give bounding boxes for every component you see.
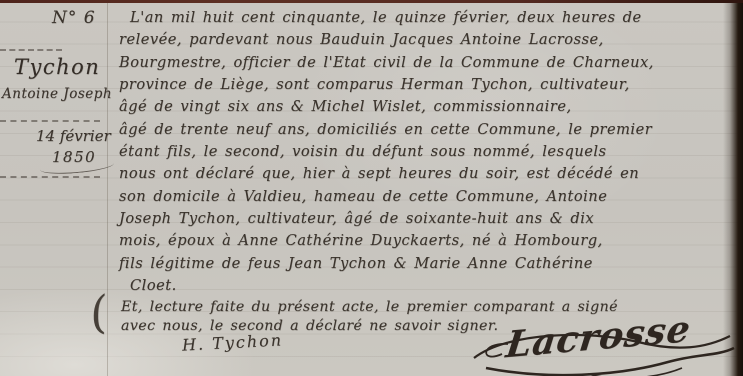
declarant-signature: H. Tychon bbox=[182, 330, 284, 354]
act-body-line: Joseph Tychon, cultivateur, âgé de soixa… bbox=[119, 208, 733, 230]
act-body-line: son domicile à Valdieu, hameau de cette … bbox=[119, 186, 733, 208]
act-number: N° 6 bbox=[52, 8, 96, 28]
act-body-line: relevée, pardevant nous Bauduin Jacques … bbox=[119, 29, 733, 51]
margin-date: 14 février bbox=[36, 127, 111, 145]
margin-given-names: Antoine Joseph bbox=[2, 86, 112, 102]
act-body-text: L'an mil huit cent cinquante, le quinze … bbox=[119, 7, 733, 297]
margin-dash-rule bbox=[0, 176, 100, 178]
margin-dash-rule bbox=[0, 49, 62, 51]
act-body-line: nous ont déclaré que, hier à sept heures… bbox=[119, 163, 733, 185]
margin-surname: Tychon bbox=[14, 55, 100, 79]
year-underline-flourish-icon bbox=[40, 157, 115, 176]
scanned-death-record-page: N° 6 Tychon Antoine Joseph 14 février 18… bbox=[0, 0, 743, 376]
act-body-line: fils légitime de feus Jean Tychon & Mari… bbox=[119, 253, 733, 275]
closing-line: Et, lecture faite du présent acte, le pr… bbox=[121, 298, 618, 317]
page-top-border bbox=[0, 0, 743, 3]
margin-dash-rule bbox=[0, 120, 100, 122]
act-body-line: étant fils, le second, voisin du défunt … bbox=[119, 141, 733, 163]
act-body-line: Cloet. bbox=[119, 275, 733, 297]
act-body-line: âgé de vingt six ans & Michel Wislet, co… bbox=[119, 96, 733, 118]
act-body-line: âgé de trente neuf ans, domiciliés en ce… bbox=[119, 119, 733, 141]
act-body-line: L'an mil huit cent cinquante, le quinze … bbox=[119, 7, 733, 29]
page-edge-shadow bbox=[723, 0, 743, 376]
act-body-line: mois, époux à Anne Cathérine Duyckaerts,… bbox=[119, 230, 733, 252]
act-body-line: province de Liège, sont comparus Herman … bbox=[119, 74, 733, 96]
act-body-line: Bourgmestre, officier de l'Etat civil de… bbox=[119, 52, 733, 74]
